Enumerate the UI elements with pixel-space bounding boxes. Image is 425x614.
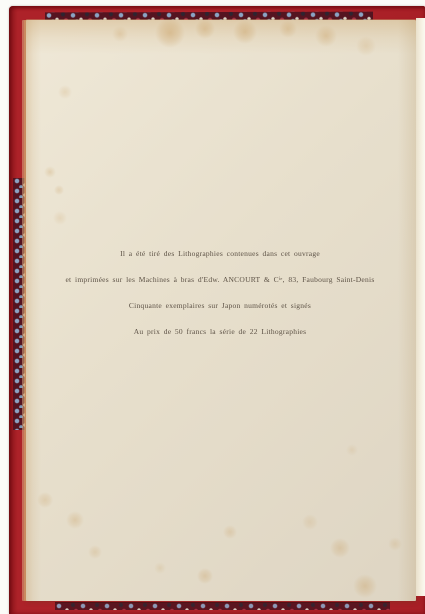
colophon-line-4: Au prix de 50 francs la série de 22 Lith… — [26, 326, 414, 338]
colophon-line-3: Cinquante exemplaires sur Japon numéroté… — [26, 300, 414, 312]
marbled-endpaper-bottom — [55, 602, 390, 610]
book-page: Il a été tiré des Lithographies contenue… — [26, 20, 416, 601]
page-fore-edge — [416, 18, 425, 596]
colophon-line-2: et imprimées sur les Machines à bras d'E… — [26, 274, 414, 286]
marbled-endpaper-left — [13, 178, 25, 430]
photo-backdrop: Il a été tiré des Lithographies contenue… — [0, 0, 425, 614]
colophon-line-1: Il a été tiré des Lithographies contenue… — [26, 248, 414, 260]
colophon-text-block: Il a été tiré des Lithographies contenue… — [26, 248, 414, 352]
